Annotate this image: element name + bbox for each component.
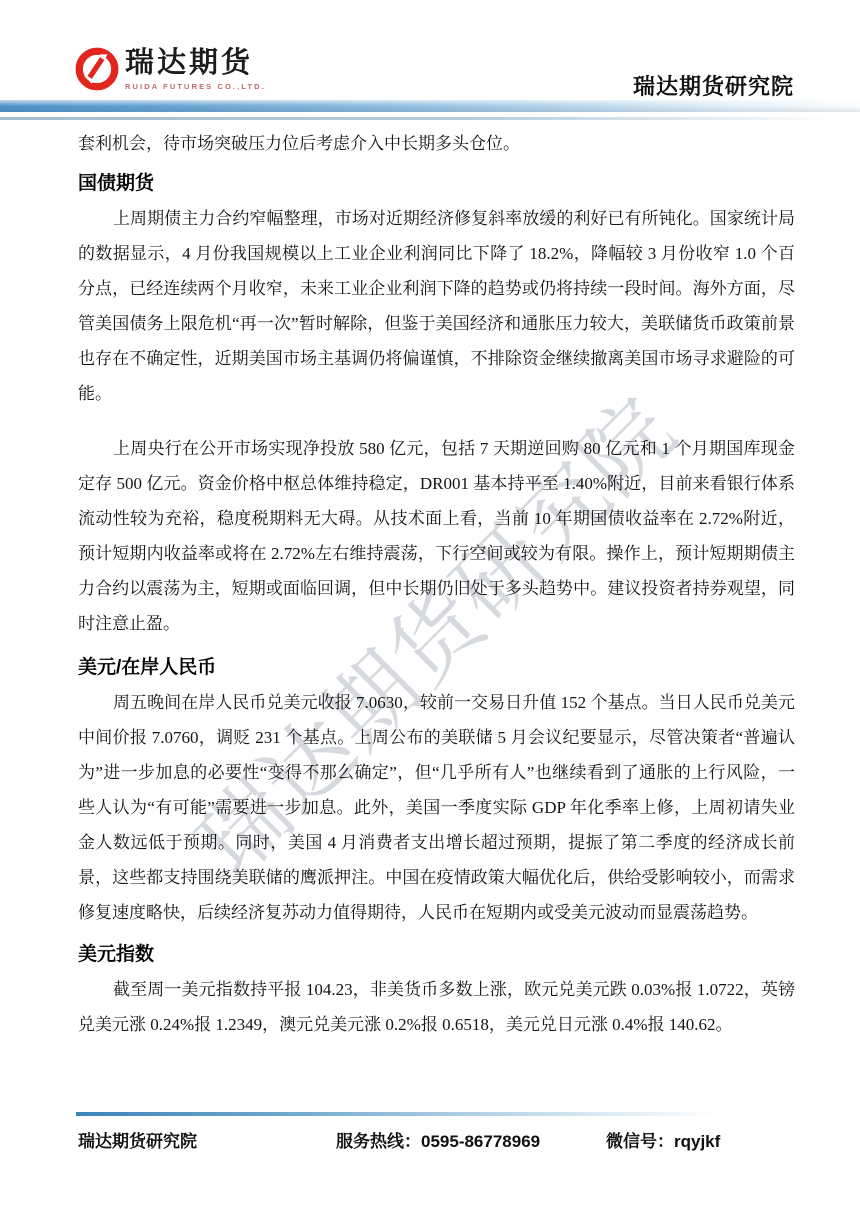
paragraph: 截至周一美元指数持平报 104.23，非美货币多数上涨，欧元兑美元跌 0.03%… xyxy=(78,972,795,1042)
footer-divider-bar xyxy=(76,1112,738,1116)
logo-cn-name: 瑞达期货 xyxy=(125,46,266,80)
logo-en-name: RUIDA FUTURES CO.,LTD. xyxy=(125,82,266,91)
header-divider-line xyxy=(0,117,860,120)
paragraph: 周五晚间在岸人民币兑美元收报 7.0630，较前一交易日升值 152 个基点。当… xyxy=(78,685,795,930)
report-page: 瑞达期货 RUIDA FUTURES CO.,LTD. 瑞达期货研究院 瑞达期货… xyxy=(0,0,860,1217)
institute-title: 瑞达期货研究院 xyxy=(633,70,794,101)
section-heading: 美元指数 xyxy=(78,937,795,972)
carryover-paragraph: 套利机会，待市场突破压力位后考虑介入中长期多头仓位。 xyxy=(78,126,795,161)
header-divider-bar xyxy=(0,100,860,112)
paragraph: 上周央行在公开市场实现净投放 580 亿元，包括 7 天期逆回购 80 亿元和 … xyxy=(78,431,795,641)
section-heading: 美元/在岸人民币 xyxy=(78,650,795,685)
ruida-logo-icon xyxy=(74,46,120,92)
section-usd-cny: 美元/在岸人民币 周五晚间在岸人民币兑美元收报 7.0630，较前一交易日升值 … xyxy=(78,650,795,930)
footer-hotline: 服务热线：0595-86778969 xyxy=(336,1124,540,1159)
company-logo: 瑞达期货 RUIDA FUTURES CO.,LTD. xyxy=(74,46,266,92)
logo-text: 瑞达期货 RUIDA FUTURES CO.,LTD. xyxy=(125,46,266,91)
document-body: 套利机会，待市场突破压力位后考虑介入中长期多头仓位。 国债期货 上周期债主力合约… xyxy=(78,126,795,1042)
footer-org: 瑞达期货研究院 xyxy=(78,1124,197,1159)
footer: 瑞达期货研究院 服务热线：0595-86778969 微信号：rqyjkf xyxy=(78,1124,795,1159)
footer-wechat: 微信号：rqyjkf xyxy=(606,1124,720,1159)
section-treasury-futures: 国债期货 上周期债主力合约窄幅整理，市场对近期经济修复斜率放缓的利好已有所钝化。… xyxy=(78,166,795,641)
paragraph: 上周期债主力合约窄幅整理，市场对近期经济修复斜率放缓的利好已有所钝化。国家统计局… xyxy=(78,201,795,411)
section-heading: 国债期货 xyxy=(78,166,795,201)
section-dollar-index: 美元指数 截至周一美元指数持平报 104.23，非美货币多数上涨，欧元兑美元跌 … xyxy=(78,937,795,1042)
